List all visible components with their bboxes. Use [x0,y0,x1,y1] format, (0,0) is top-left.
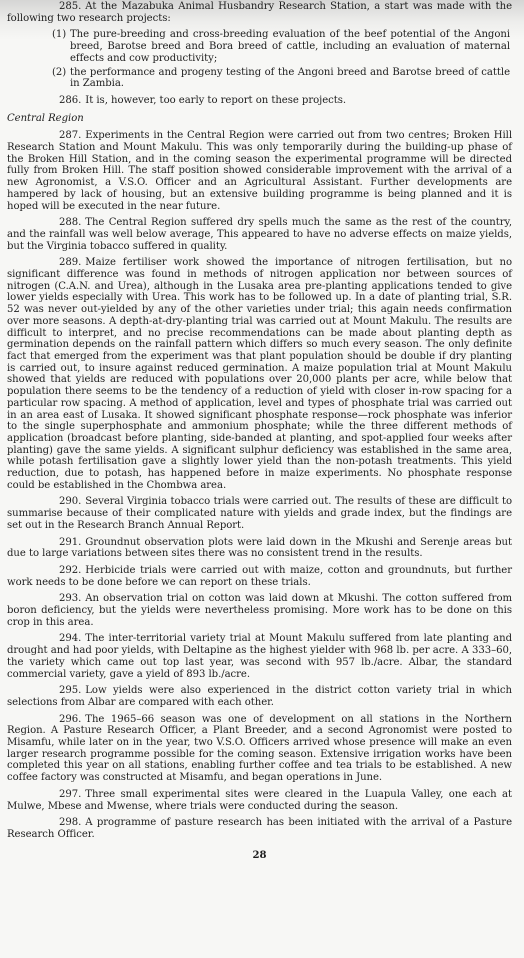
research-projects-list: (1)The pure-breeding and cross-breeding … [7,29,512,90]
paragraph-number: 286. [33,95,81,107]
paragraph-text: Several Virginia tobacco trials were car… [7,496,512,530]
paragraph-number: 298. [33,817,81,829]
paragraph-text: Three small experimental sites were clea… [7,789,512,812]
paragraph-number: 293. [33,593,81,605]
list-item-text: the performance and progeny testing of t… [70,67,510,90]
paragraph-289: 289.Maize fertiliser work showed the imp… [7,257,512,491]
paragraph-text: The 1965–66 season was one of developmen… [7,714,512,784]
paragraph-number: 291. [33,537,81,549]
paragraph-290: 290.Several Virginia tobacco trials were… [7,496,512,531]
paragraph-text: Herbicide trials were carried out with m… [7,565,512,588]
paragraph-297: 297.Three small experimental sites were … [7,789,512,812]
list-marker: (1) [52,29,66,41]
paragraph-text: Experiments in the Central Region were c… [7,130,512,211]
paragraph-293: 293.An observation trial on cotton was l… [7,593,512,628]
paragraph-text: At the Mazabuka Animal Husbandry Researc… [7,1,512,24]
paragraph-text: The inter-territorial variety trial at M… [7,633,512,679]
paragraph-286: 286.It is, however, too early to report … [7,95,512,107]
paragraph-number: 285. [33,1,81,13]
paragraph-288: 288.The Central Region suffered dry spel… [7,217,512,252]
paragraph-292: 292.Herbicide trials were carried out wi… [7,565,512,588]
paragraph-295: 295.Low yields were also experienced in … [7,685,512,708]
list-item: (2)the performance and progeny testing o… [7,67,512,90]
paragraph-text: It is, however, too early to report on t… [85,95,346,106]
paragraph-number: 295. [33,685,81,697]
paragraph-text: A programme of pasture research has been… [7,817,512,840]
paragraph-291: 291.Groundnut observation plots were lai… [7,537,512,560]
paragraph-text: An observation trial on cotton was laid … [7,593,512,627]
paragraph-294: 294.The inter-territorial variety trial … [7,633,512,680]
paragraph-298: 298.A programme of pasture research has … [7,817,512,840]
list-marker: (2) [52,67,66,79]
paragraph-285: 285.At the Mazabuka Animal Husbandry Res… [7,1,512,24]
paragraph-296: 296.The 1965–66 season was one of develo… [7,714,512,784]
list-item-text: The pure-breeding and cross-breeding eva… [70,29,510,63]
section-heading: Central Region [7,113,512,125]
paragraph-number: 292. [33,565,81,577]
paragraph-text: Low yields were also experienced in the … [7,685,512,708]
paragraph-text: The Central Region suffered dry spells m… [7,217,512,251]
document-page: 285.At the Mazabuka Animal Husbandry Res… [7,1,512,872]
page-number: 28 [7,850,512,862]
paragraph-number: 289. [33,257,81,269]
paragraph-number: 288. [33,217,81,229]
paragraph-287: 287.Experiments in the Central Region we… [7,130,512,212]
paragraph-number: 287. [33,130,81,142]
list-item: (1)The pure-breeding and cross-breeding … [7,29,512,64]
paragraph-number: 290. [33,496,81,508]
paragraph-number: 296. [33,714,81,726]
paragraph-number: 294. [33,633,81,645]
paragraph-text: Maize fertiliser work showed the importa… [7,257,512,490]
paragraph-number: 297. [33,789,81,801]
paragraph-text: Groundnut observation plots were laid do… [7,537,512,560]
